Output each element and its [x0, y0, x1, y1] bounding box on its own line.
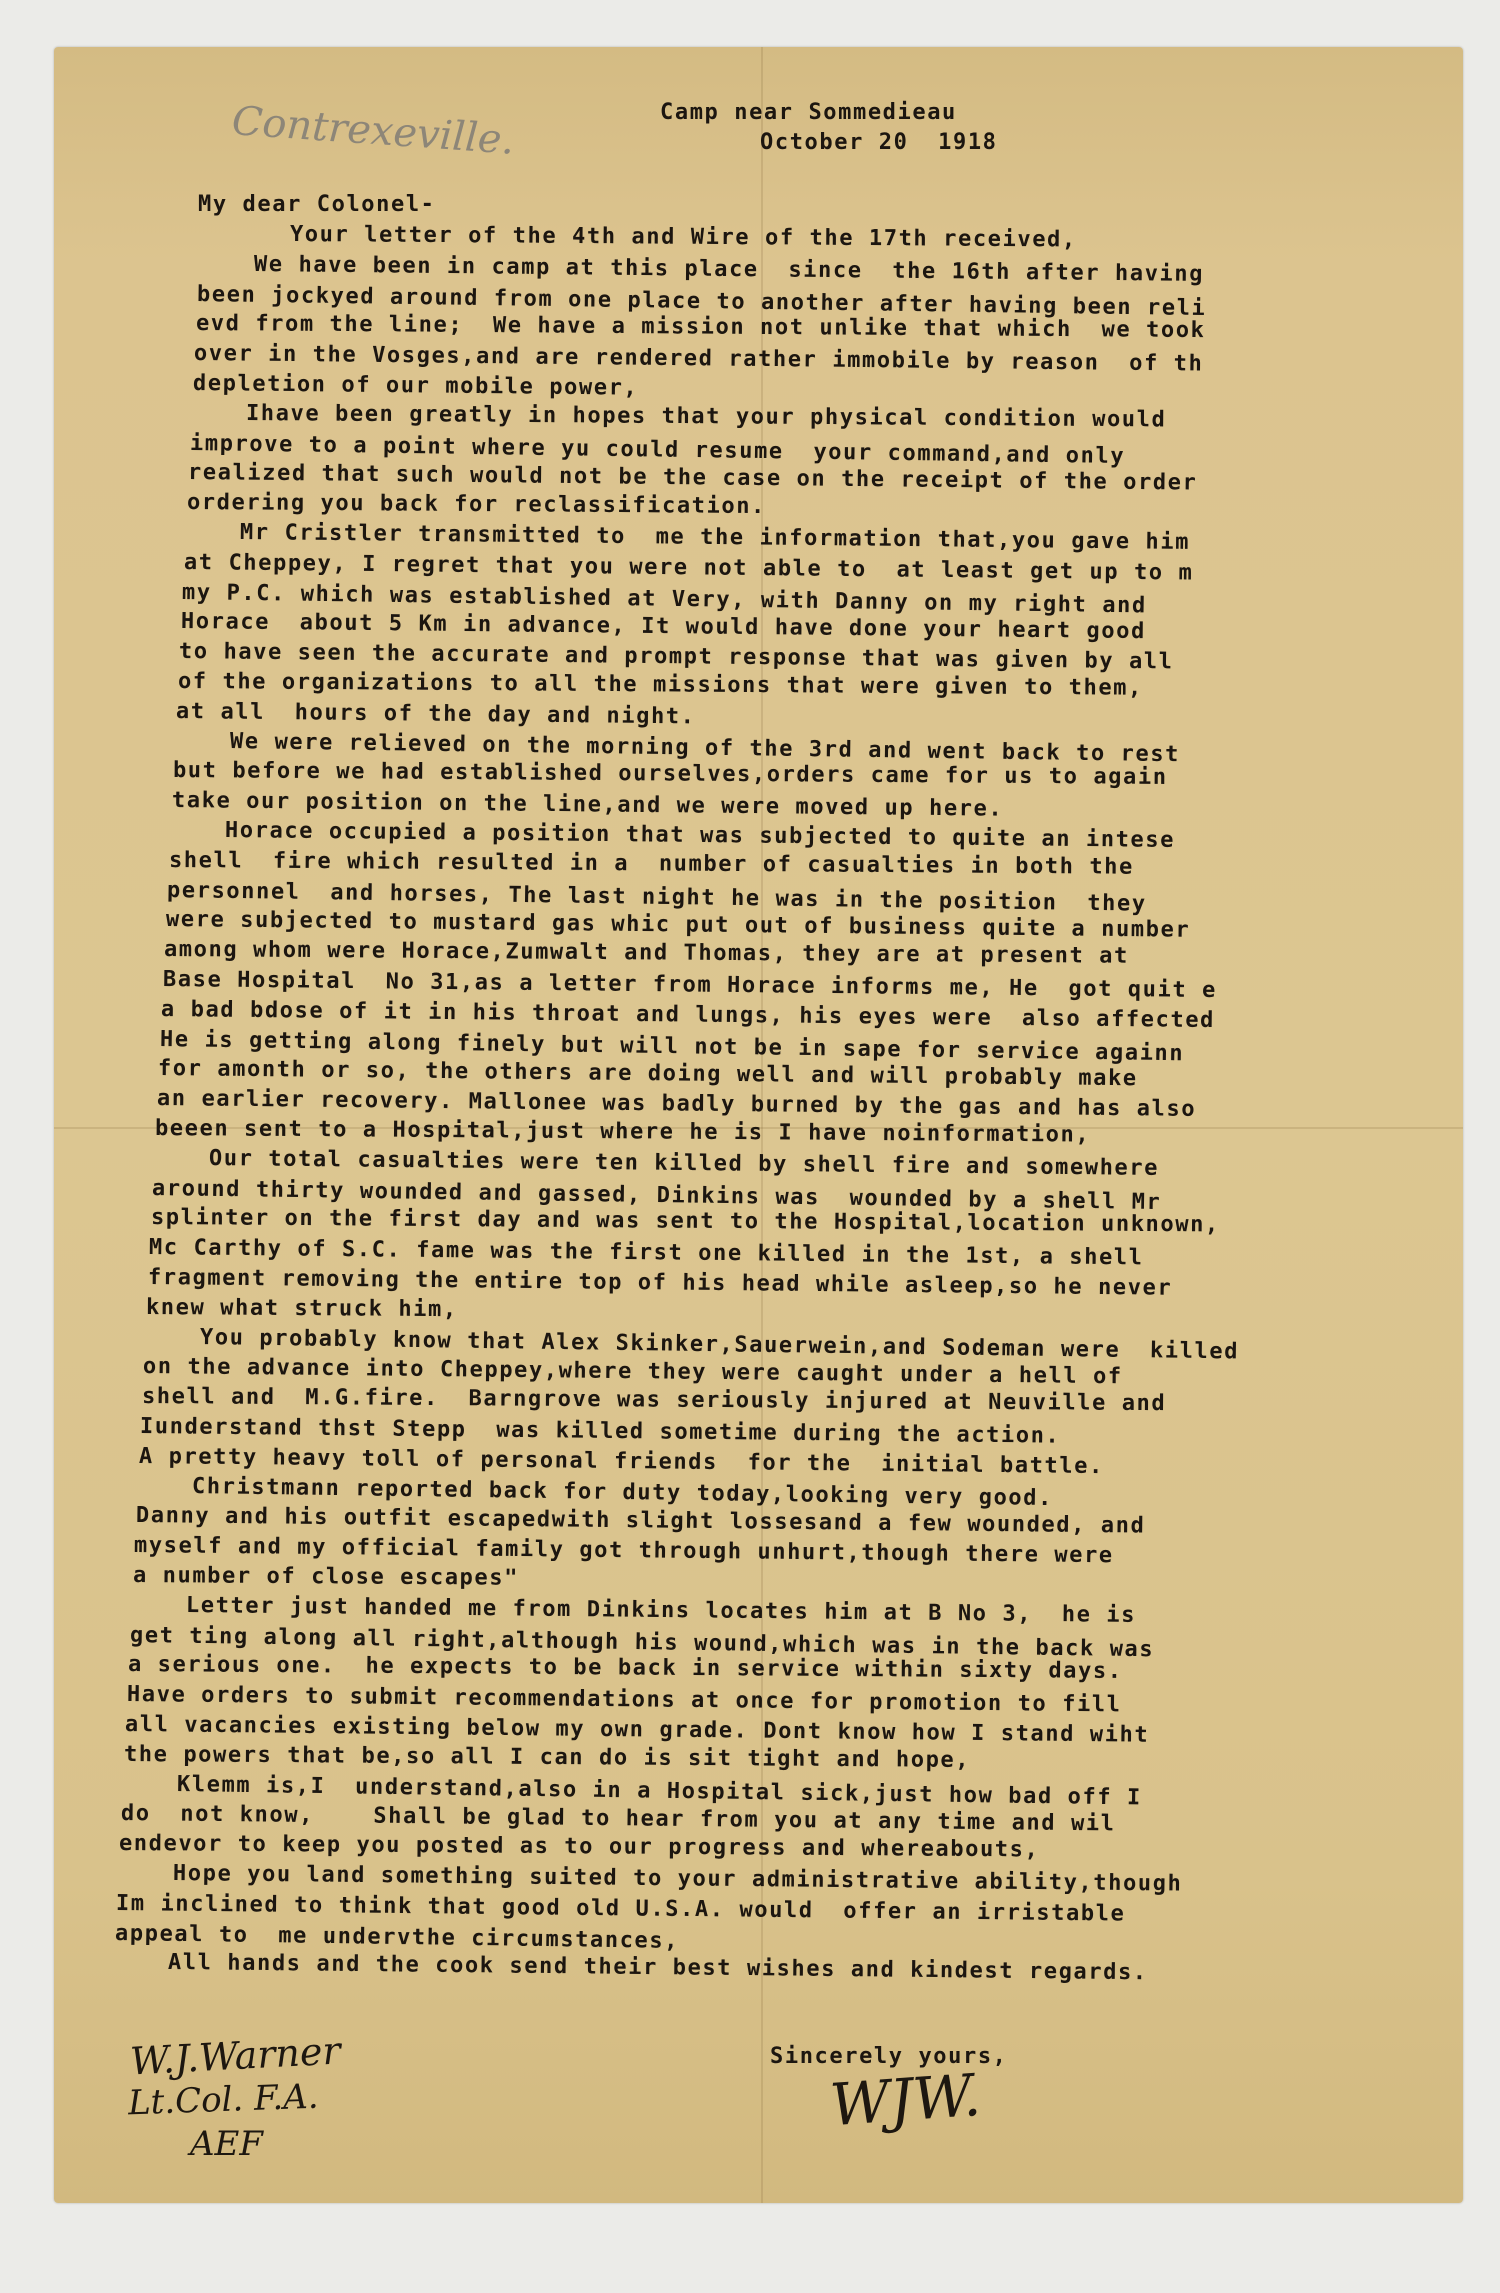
letter-line: ordering you back for reclassification.	[186, 490, 765, 519]
header-date: October 20 1918	[760, 130, 998, 155]
handwritten-rank: Lt.Col. F.A.	[127, 2077, 319, 2124]
signature-initials: WJW.	[828, 2061, 983, 2139]
letter-line: a number of close escapes"	[132, 1563, 518, 1591]
letter-line: depletion of our mobile power,	[192, 371, 638, 401]
letter-line: knew what struck him,	[146, 1295, 458, 1322]
letter-line: at all hours of the day and night.	[176, 699, 696, 729]
handwritten-force: AEF	[190, 2124, 263, 2164]
header-place: Camp near Sommedieau	[660, 100, 957, 125]
salutation: My dear Colonel-	[198, 192, 436, 217]
